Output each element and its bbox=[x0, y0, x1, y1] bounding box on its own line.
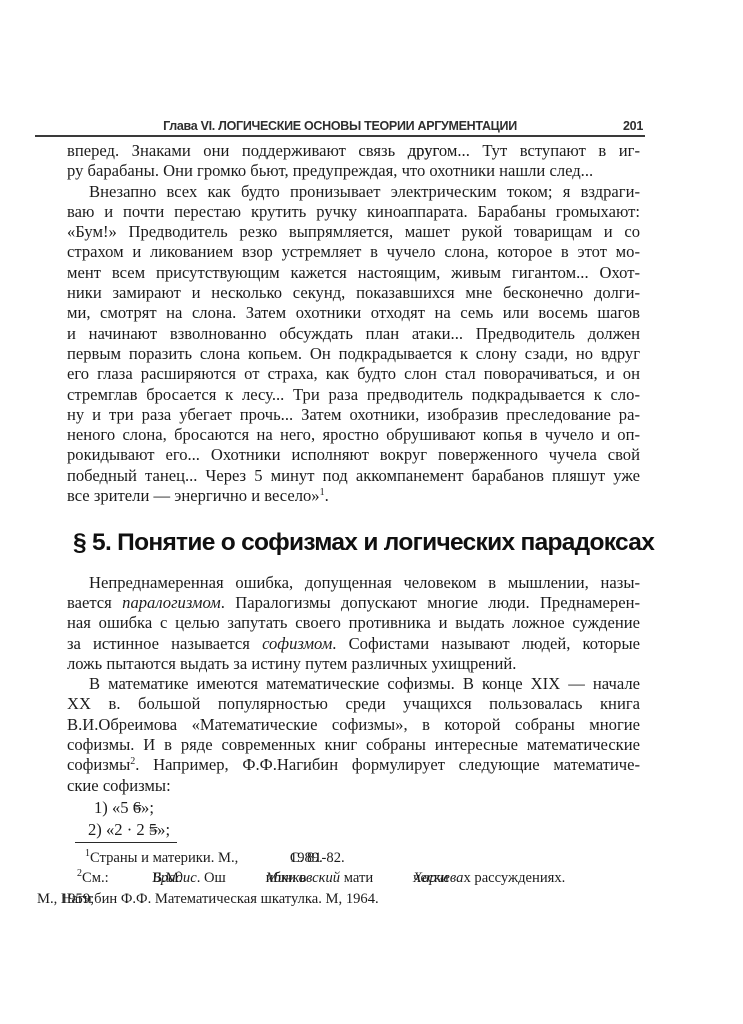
text-segment: за истинное называется bbox=[67, 634, 262, 653]
overlap-artifact: другомдруг bbox=[408, 141, 458, 161]
overlap-artifact: 5= bbox=[149, 820, 157, 840]
body-text: вперед. Знаками они поддерживают связь д… bbox=[67, 141, 640, 910]
footnote: 1Страны и материки. М., С. 811989.-82. bbox=[37, 848, 640, 869]
list-item: 2) «2 · 2 5=»; bbox=[75, 820, 640, 842]
text-segment: . Софистами называют людей, которые bbox=[332, 634, 640, 653]
text-line: Непреднамеренная ошибка, допущенная чело… bbox=[67, 573, 640, 593]
text-line: «Бум!» Предводитель резко выпрямляется, … bbox=[67, 222, 640, 242]
overlap-top: ибки в bbox=[226, 868, 307, 889]
text-line: стремглав бросается к лесу... Три раза п… bbox=[67, 385, 640, 405]
text-segment: . Ош bbox=[197, 870, 226, 886]
footnote-continuation: М., 1959;Нагибин Ф.Ф. Математическая шка… bbox=[37, 889, 640, 910]
term-sophism: софизмом bbox=[262, 634, 332, 653]
overlap-artifact: 1959;Наги bbox=[61, 889, 94, 910]
footnote-separator-overlap: 2) «2 · 2 5=»; bbox=[75, 820, 177, 842]
chapter-title: Глава VI. ЛОГИЧЕСКИЕ ОСНОВЫ ТЕОРИИ АРГУМ… bbox=[163, 119, 517, 133]
overlap-top: В.М. bbox=[112, 868, 182, 889]
running-header: Глава VI. ЛОГИЧЕСКИЕ ОСНОВЫ ТЕОРИИ АРГУМ… bbox=[35, 119, 645, 137]
text-segment: М., bbox=[37, 891, 61, 907]
list-item: 1) «5 6=»; bbox=[94, 798, 640, 818]
text-line: ру барабаны. Они громко бьют, предупрежд… bbox=[67, 161, 640, 181]
text-line: XX в. большой популярностью среди учащих… bbox=[67, 694, 640, 714]
section-heading: § 5. Понятие о софизмах и логических пар… bbox=[73, 533, 640, 553]
term-paralogism: паралогизмом bbox=[122, 593, 221, 612]
scanned-book-page: Глава VI. ЛОГИЧЕСКИЕ ОСНОВЫ ТЕОРИИ АРГУМ… bbox=[0, 0, 743, 1024]
text-segment: См.: bbox=[82, 870, 112, 886]
text-segment: софизмы bbox=[67, 755, 130, 774]
text-segment: . bbox=[325, 486, 329, 505]
text-segment: 2) «2 · 2 bbox=[88, 820, 149, 839]
text-line: и начинают взволнованно обсуждать план а… bbox=[67, 324, 640, 344]
text-segment: »; bbox=[141, 798, 154, 817]
text-line: В математике имеются математические софи… bbox=[67, 674, 640, 694]
text-segment: все зрители — энергично и весело» bbox=[67, 486, 320, 505]
text-line: В.И.Обреимова «Математические софизмы», … bbox=[67, 715, 640, 735]
text-line: вается паралогизмом. Паралогизмы допуска… bbox=[67, 593, 640, 613]
text-line: ми, смотрят на слона. Затем охотники отх… bbox=[67, 303, 640, 323]
text-segment: . Например, Ф.Ф.Нагибин формулирует след… bbox=[135, 755, 640, 774]
overlap-artifact: Минковскийибки в bbox=[226, 868, 340, 889]
text-segment: мати bbox=[340, 870, 373, 886]
overlap-top: Наги bbox=[61, 889, 92, 910]
footnote-block: 1Страны и материки. М., С. 811989.-82. 2… bbox=[37, 848, 640, 910]
text-segment: х рассуждениях. bbox=[463, 870, 565, 886]
text-line: ские софизмы: bbox=[67, 776, 640, 796]
text-line: софизмы. И в ряде современных книг собра… bbox=[67, 735, 640, 755]
text-segment: вается bbox=[67, 593, 122, 612]
text-segment: »; bbox=[157, 820, 170, 839]
text-segment: -82. bbox=[322, 850, 345, 866]
text-segment: вперед. Знаками они поддерживают связь bbox=[67, 141, 408, 160]
text-line: рокидывают его... Охотники исполняют вок… bbox=[67, 445, 640, 465]
overlap-artifact: 6= bbox=[133, 798, 141, 818]
page-number: 201 bbox=[623, 119, 643, 133]
text-line: мент всем присутствующим кажется настоящ… bbox=[67, 263, 640, 283]
text-line: ложь пытаются выдать за истину путем раз… bbox=[67, 654, 640, 674]
overlap-top: 1989. bbox=[242, 848, 323, 869]
text-line: все зрители — энергично и весело»1. bbox=[67, 486, 640, 506]
text-line: софизмы2. Например, Ф.Ф.Нагибин формулир… bbox=[67, 755, 640, 775]
overlap-artifact: БрадисВ.М. bbox=[112, 868, 196, 889]
text-line: ваю и почти перестаю крутить ручку киноа… bbox=[67, 202, 640, 222]
text-line: победный танец... Через 5 минут под акко… bbox=[67, 466, 640, 486]
text-line: его глаза расширяются от страха, как буд… bbox=[67, 364, 640, 384]
text-line: ну и три раза убегает прочь... Затем охо… bbox=[67, 405, 640, 425]
text-line: за истинное называется софизмом. Софиста… bbox=[67, 634, 640, 654]
text-segment: Страны и материки. М., bbox=[90, 850, 242, 866]
overlap-top: = bbox=[149, 820, 158, 840]
text-line: ная ошибка с целью запутать своего проти… bbox=[67, 613, 640, 633]
text-line: ники замирают и несколько секунд, показа… bbox=[67, 283, 640, 303]
text-line: неного слона, бросаются на него, яростно… bbox=[67, 425, 640, 445]
overlap-top: = bbox=[133, 798, 142, 818]
text-segment: ... Тут вступают в иг- bbox=[457, 141, 640, 160]
overlap-artifact: Харчевачески bbox=[373, 868, 463, 889]
overlap-top: чески bbox=[373, 868, 449, 889]
sophism-list: 1) «5 6=»; 2) «2 · 2 5=»; bbox=[67, 798, 640, 843]
text-line: страхом и ликованием взор устремляет в ч… bbox=[67, 242, 640, 262]
overlap-top: друг bbox=[408, 141, 440, 161]
text-line: Внезапно всех как будто пронизывает элек… bbox=[67, 182, 640, 202]
text-line: вперед. Знаками они поддерживают связь д… bbox=[67, 141, 640, 161]
text-segment: . Паралогизмы допускают многие люди. Пре… bbox=[221, 593, 640, 612]
footnote: 2См.: БрадисВ.М.. ОшМинковскийибки в мат… bbox=[37, 868, 640, 889]
text-line: первым поразить слона копьем. Он подкрад… bbox=[67, 344, 640, 364]
text-segment: бин Ф.Ф. Математическая шкатулка. М, 196… bbox=[94, 891, 379, 907]
overlap-artifact: С. 811989. bbox=[242, 848, 322, 869]
text-segment: 1) «5 bbox=[94, 798, 133, 817]
